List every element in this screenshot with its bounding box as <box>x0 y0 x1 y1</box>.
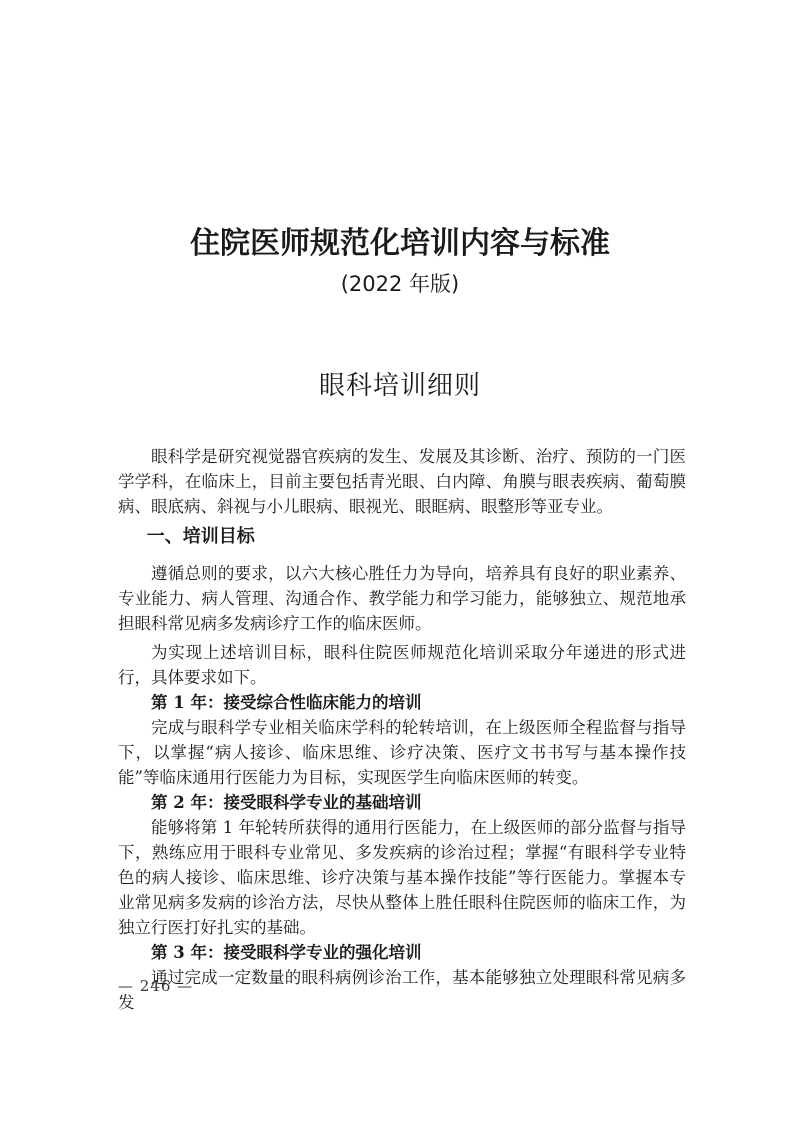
year-1-heading: 第 1 年：接受综合性临床能力的培训 <box>118 690 686 715</box>
year-2-text: 能够将第 1 年轮转所获得的通用行医能力，在上级医师的部分监督与指导下，熟练应用… <box>118 815 686 940</box>
goals-paragraph-2: 为实现上述培训目标，眼科住院医师规范化培训采取分年递进的形式进行，具体要求如下。 <box>118 640 686 690</box>
document-subtitle: (2022 年版) <box>0 270 800 298</box>
document-title: 住院医师规范化培训内容与标准 <box>0 226 800 262</box>
page-number: — 246 — <box>118 976 193 996</box>
intro-paragraph: 眼科学是研究视觉器官疾病的发生、发展及其诊断、治疗、预防的一门医学学科，在临床上… <box>118 444 686 519</box>
year-2-heading: 第 2 年：接受眼科学专业的基础培训 <box>118 790 686 815</box>
section-heading-training-goals: 一、培训目标 <box>118 524 686 550</box>
document-page: 住院医师规范化培训内容与标准 (2022 年版) 眼科培训细则 眼科学是研究视觉… <box>0 0 800 1131</box>
year-1-text: 完成与眼科学专业相关临床学科的轮转培训，在上级医师全程监督与指导下，以掌握“病人… <box>118 715 686 790</box>
year-3-heading: 第 3 年：接受眼科学专业的强化培训 <box>118 940 686 965</box>
goals-paragraph-1: 遵循总则的要求，以六大核心胜任力为导向，培养具有良好的职业素养、专业能力、病人管… <box>118 561 686 636</box>
document-body: 眼科学是研究视觉器官疾病的发生、发展及其诊断、治疗、预防的一门医学学科，在临床上… <box>118 444 686 1015</box>
section-title: 眼科培训细则 <box>0 369 800 403</box>
year-3-text: 通过完成一定数量的眼科病例诊治工作，基本能够独立处理眼科常见病多发 <box>118 965 686 1015</box>
